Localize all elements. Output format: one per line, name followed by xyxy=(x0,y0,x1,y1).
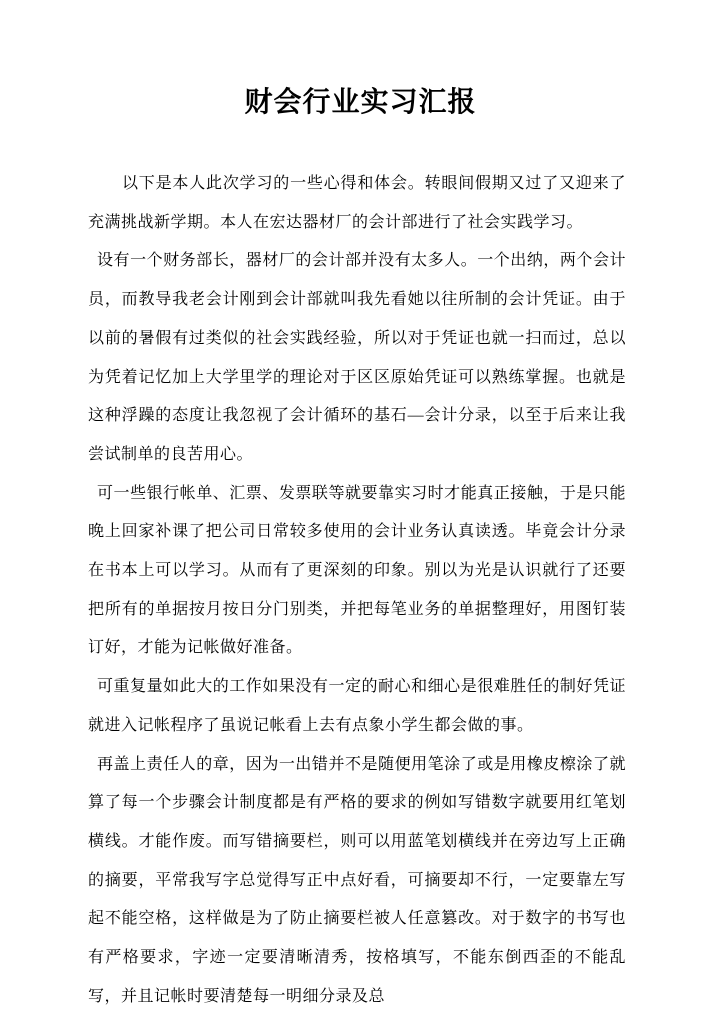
paragraph-rules: 再盖上责任人的章，因为一出错并不是随便用笔涂了或是用橡皮檫涂了就算了每一个步骤会… xyxy=(88,746,626,1017)
paragraph-vouchers: 可一些银行帐单、汇票、发票联等就要靠实习时才能真正接触，于是只能晚上回家补课了把… xyxy=(88,475,626,669)
document-body: 以下是本人此次学习的一些心得和体会。转眼间假期又过了又迎来了充满挑战新学期。本人… xyxy=(88,165,626,1016)
paragraph-intro: 以下是本人此次学习的一些心得和体会。转眼间假期又过了又迎来了充满挑战新学期。本人… xyxy=(88,165,626,242)
paragraph-patience: 可重复量如此大的工作如果没有一定的耐心和细心是很难胜任的制好凭证就进入记帐程序了… xyxy=(88,668,626,745)
paragraph-department: 设有一个财务部长，器材厂的会计部并没有太多人。一个出纳，两个会计员，而教导我老会… xyxy=(88,242,626,474)
document-page: 财会行业实习汇报 以下是本人此次学习的一些心得和体会。转眼间假期又过了又迎来了充… xyxy=(0,0,721,1020)
page-title: 财会行业实习汇报 xyxy=(0,84,721,122)
